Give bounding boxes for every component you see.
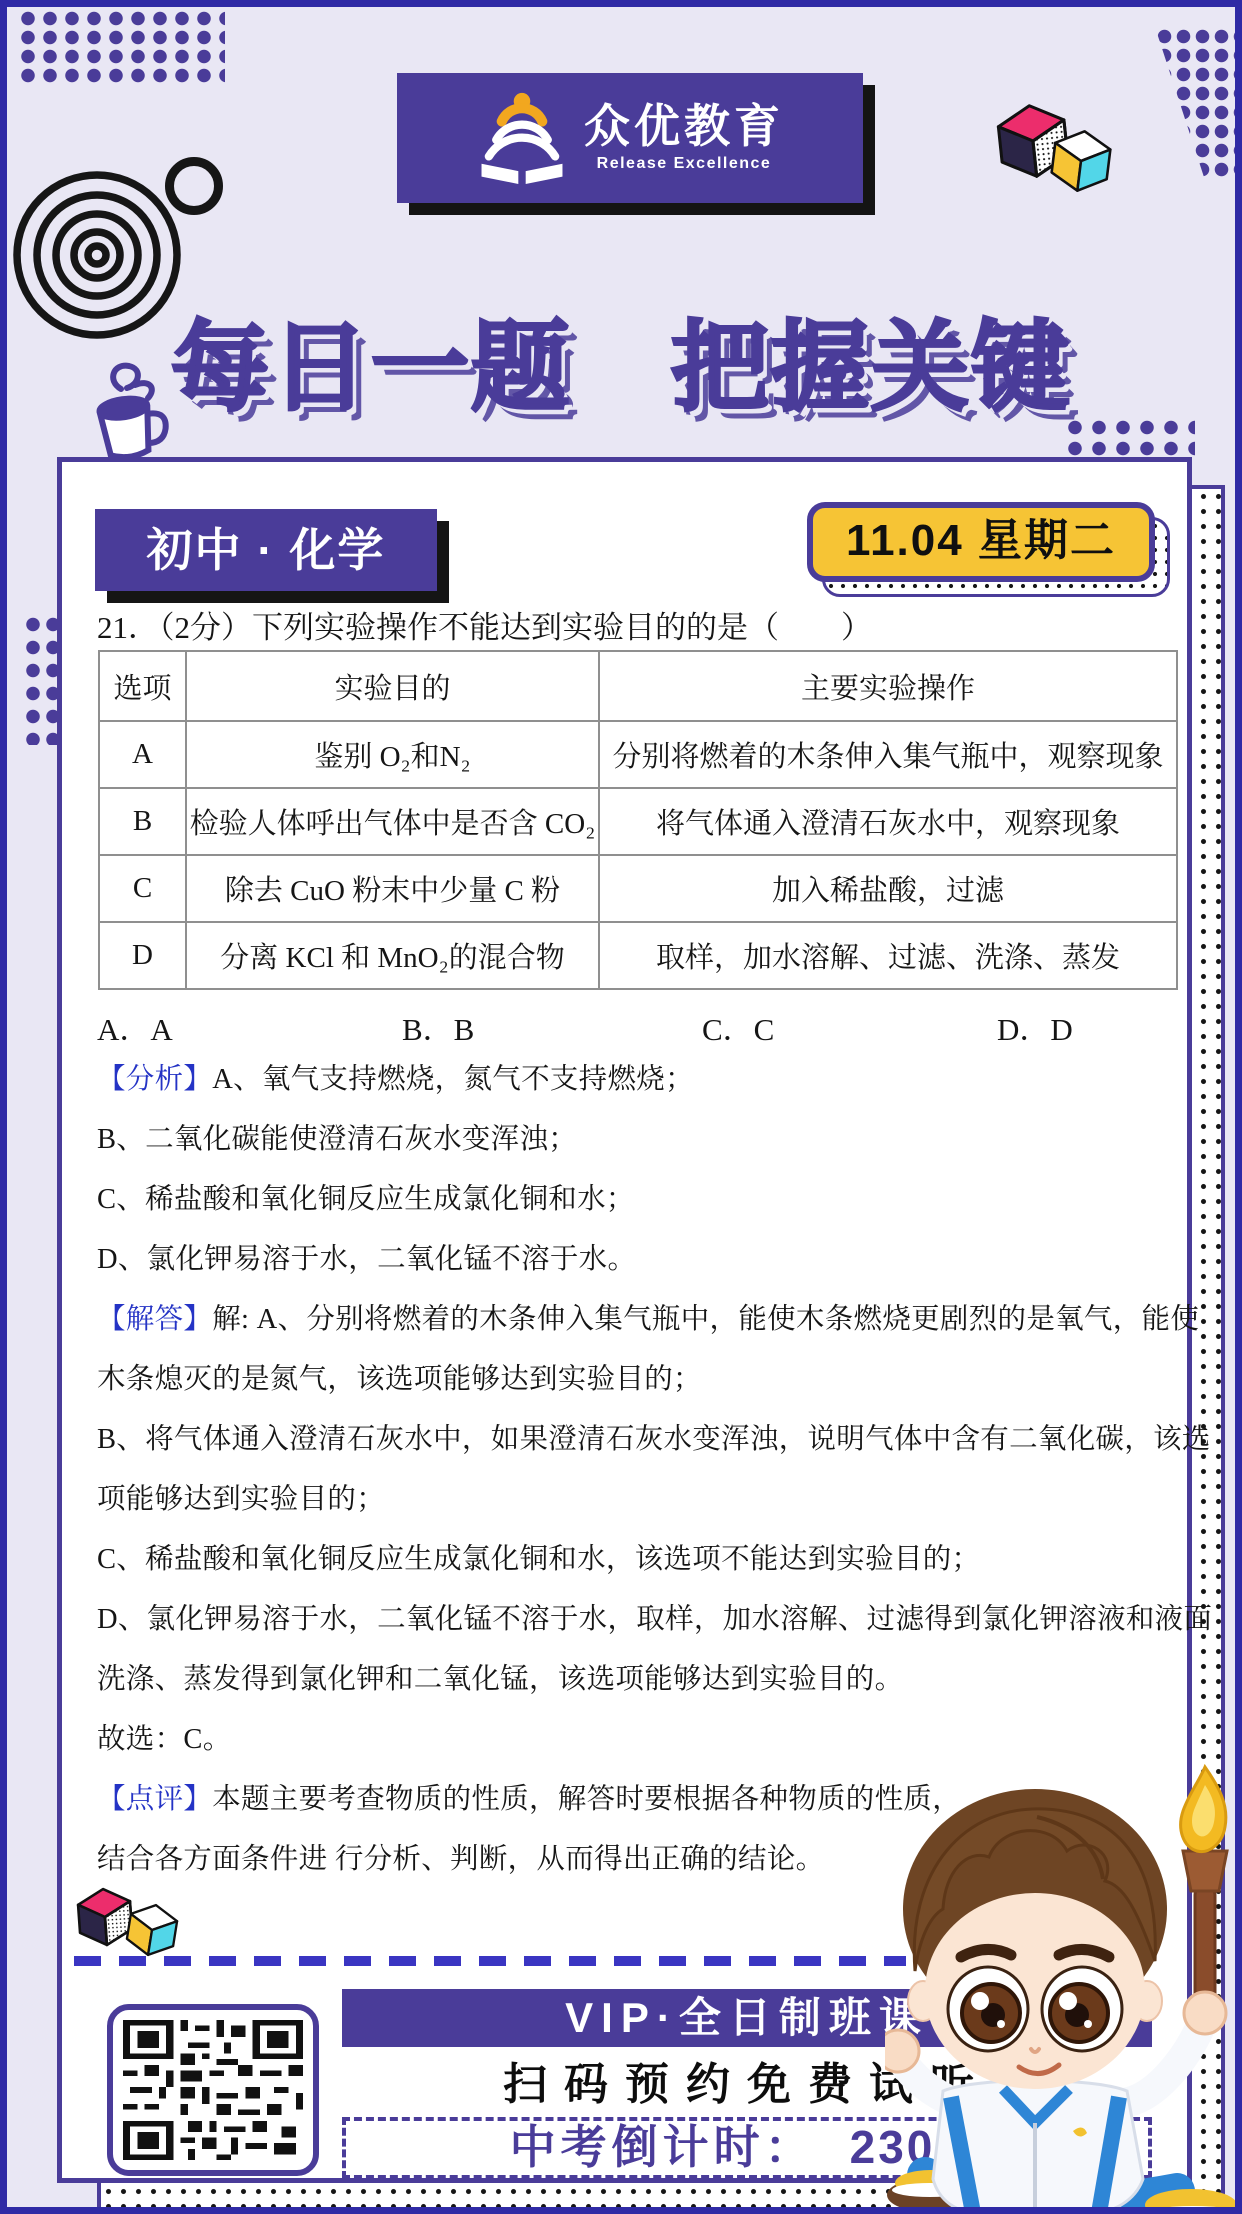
solution-line: B、将气体通入澄清石灰水中，如果澄清石灰水变浑浊，说明气体中含有二氧化碳，该选	[97, 1410, 1187, 1470]
solution-line: 项能够达到实验目的；	[97, 1470, 1187, 1530]
qr-code	[107, 2004, 319, 2176]
brand-tagline: Release Excellence	[584, 155, 784, 173]
brand-name: 众优教育	[584, 103, 784, 149]
cell-purpose: 除去 CuO 粉末中少量 C 粉	[186, 855, 599, 922]
cell-operation: 将气体通入澄清石灰水中，观察现象	[599, 788, 1177, 855]
dots-grid-icon	[17, 9, 225, 83]
solution-line: 木条熄灭的是氮气，该选项能够达到实验目的；	[97, 1350, 1187, 1410]
choice-b: B．B	[402, 1004, 702, 1049]
table-header-row: 选项 实验目的 主要实验操作	[99, 651, 1177, 721]
choice-c: C．C	[702, 1004, 997, 1049]
subject-badge: 初中 · 化学	[95, 509, 437, 591]
question-text: 21．（2分）下列实验操作不能达到实验目的的是（ ）	[97, 602, 872, 647]
cell-operation: 加入稀盐酸，过滤	[599, 855, 1177, 922]
brand-logo-icon	[476, 90, 568, 186]
table-row: A 鉴别 O₂和N₂ 分别将燃着的木条伸入集气瓶中，观察现象	[99, 721, 1177, 788]
table-row: C 除去 CuO 粉末中少量 C 粉 加入稀盐酸，过滤	[99, 855, 1177, 922]
cube-icon	[121, 1899, 183, 1961]
experiment-table: 选项 实验目的 主要实验操作 A 鉴别 O₂和N₂ 分别将燃着的木条伸入集气瓶中…	[98, 650, 1178, 990]
page-title: 每日一题 把握关键	[7, 289, 1235, 430]
date-badge: 11.04 星期二	[807, 502, 1155, 582]
choice-a: A．A	[97, 1004, 402, 1049]
solution-line: D、氯化钾易溶于水，二氧化锰不溶于水，取样，加水溶解、过滤得到氯化钾溶液和液面	[97, 1590, 1187, 1650]
cell-option: D	[99, 922, 186, 989]
poster: 众优教育 Release Excellence 每日一题 把握关键 初中 · 化…	[0, 0, 1242, 2214]
cell-option: B	[99, 788, 186, 855]
cell-operation: 取样，加水溶解、过滤、洗涤、蒸发	[599, 922, 1177, 989]
dots-triangle-icon	[1155, 27, 1235, 179]
choices-row: A．A B．B C．C D．D	[97, 1004, 1157, 1049]
dashed-divider	[74, 1956, 906, 1966]
table-row: B 检验人体呼出气体中是否含 CO₂ 将气体通入澄清石灰水中，观察现象	[99, 788, 1177, 855]
circle-icon	[165, 157, 223, 215]
cell-operation: 分别将燃着的木条伸入集气瓶中，观察现象	[599, 721, 1177, 788]
cell-option: C	[99, 855, 186, 922]
table-row: D 分离 KCl 和 MnO₂的混合物 取样，加水溶解、过滤、洗涤、蒸发	[99, 922, 1177, 989]
answer-label: 【解答】	[97, 1304, 212, 1335]
solution-line: 【解答】解: A、分别将燃着的木条伸入集气瓶中，能使木条燃烧更剧烈的是氧气，能使	[97, 1290, 1187, 1350]
col-header-purpose: 实验目的	[186, 651, 599, 721]
solution-line: C、稀盐酸和氧化铜反应生成氯化铜和水，该选项不能达到实验目的；	[97, 1530, 1187, 1590]
cell-purpose: 检验人体呼出气体中是否含 CO₂	[186, 788, 599, 855]
cube-icon	[1045, 125, 1116, 196]
analysis-label: 【分析】	[97, 1064, 212, 1095]
solution-line: C、稀盐酸和氧化铜反应生成氯化铜和水；	[97, 1170, 1187, 1230]
solution-line: 【分析】A、氧气支持燃烧，氮气不支持燃烧；	[97, 1050, 1187, 1110]
mascot-boy-illustration	[885, 1759, 1242, 2214]
comment-label: 【点评】	[97, 1784, 212, 1815]
solution-line: D、氯化钾易溶于水，二氧化锰不溶于水。	[97, 1230, 1187, 1290]
cell-option: A	[99, 721, 186, 788]
solution-line: B、二氧化碳能使澄清石灰水变浑浊；	[97, 1110, 1187, 1170]
dots-column-icon	[23, 613, 59, 745]
col-header-option: 选项	[99, 651, 186, 721]
cell-purpose: 鉴别 O₂和N₂	[186, 721, 599, 788]
date-badge-label: 11.04 星期二	[807, 502, 1155, 582]
choice-d: D．D	[997, 1004, 1157, 1049]
countdown-label: 中考倒计时：	[510, 2121, 816, 2173]
brand-banner: 众优教育 Release Excellence	[397, 73, 863, 203]
solution-line: 洗涤、蒸发得到氯化钾和二氧化锰，该选项能够达到实验目的。	[97, 1650, 1187, 1710]
cell-purpose: 分离 KCl 和 MnO₂的混合物	[186, 922, 599, 989]
col-header-operation: 主要实验操作	[599, 651, 1177, 721]
